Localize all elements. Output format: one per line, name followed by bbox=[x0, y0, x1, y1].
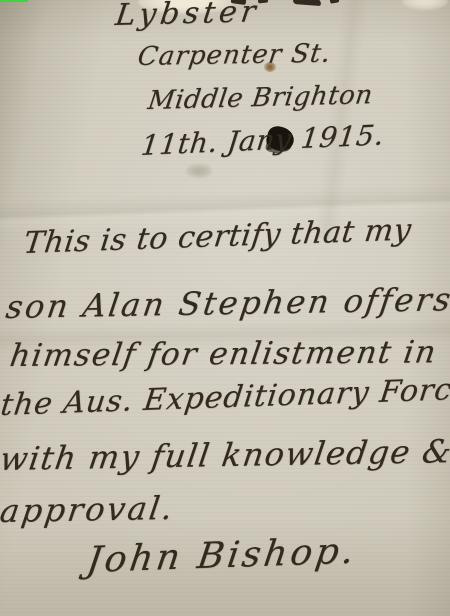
cut-off-ink-stroke bbox=[330, 0, 340, 4]
ink-smudge bbox=[186, 164, 212, 178]
cut-off-ink-stroke bbox=[293, 0, 321, 6]
letter-date: 11th. Jany 1915. bbox=[139, 118, 386, 162]
address-line-3: Middle Brighton bbox=[146, 80, 375, 116]
body-line: himself for enlistment in bbox=[8, 334, 440, 374]
body-line: the Aus. Expeditionary Force bbox=[0, 372, 450, 423]
handwritten-letter-photo: Lybster Carpenter St. Middle Brighton 11… bbox=[0, 0, 450, 616]
body-line: approval. bbox=[0, 489, 177, 530]
address-line-2: Carpenter St. bbox=[136, 39, 333, 72]
signature: John Bishop. bbox=[84, 531, 359, 581]
body-line: This is to certify that my bbox=[22, 213, 414, 261]
address-line-1: Lybster bbox=[113, 0, 261, 33]
scanner-artifact-green-line bbox=[0, 0, 28, 2]
paper-bright-patch bbox=[402, 0, 448, 10]
body-line: son Alan Stephen offers bbox=[4, 280, 450, 326]
body-line: with my full knowledge & bbox=[0, 432, 450, 478]
